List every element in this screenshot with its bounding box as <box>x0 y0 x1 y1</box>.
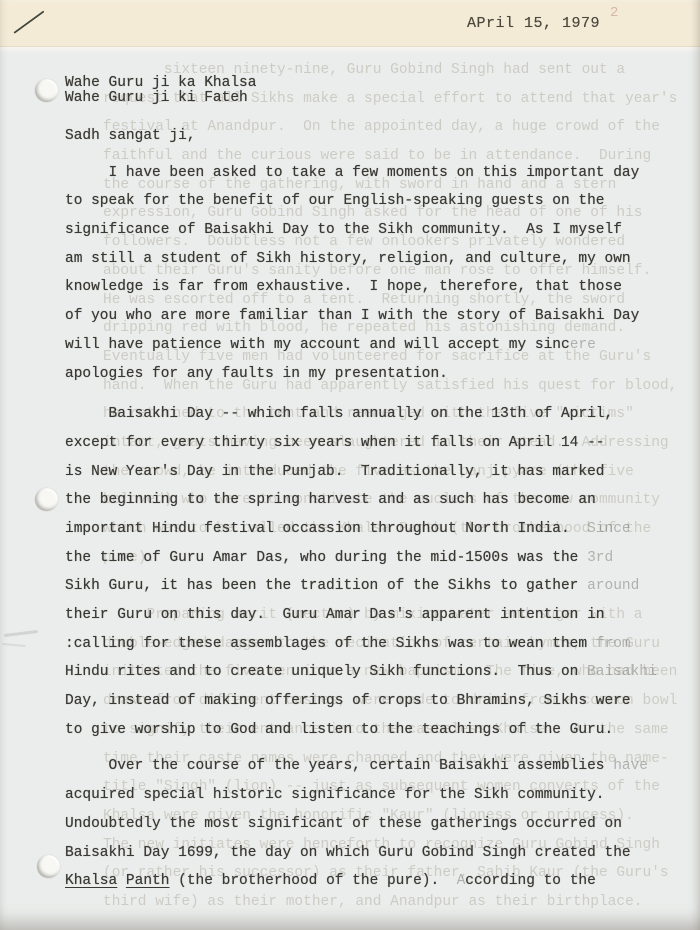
typed-segment: will have patience with my account and w… <box>65 337 570 353</box>
typed-segment: Sikh Guru, it has been the tradition of … <box>65 578 587 594</box>
faded-type: have <box>613 758 648 774</box>
typed-line: Baisakhi Day 1699, the day on which Guru… <box>65 839 680 868</box>
typed-line: :calling for these assemblages of the Si… <box>65 630 680 659</box>
typed-line: will have patience with my account and w… <box>65 331 680 360</box>
typed-segment: (the brotherhood of the pure). <box>169 873 456 889</box>
paragraph: I have been asked to take a few moments … <box>65 159 680 389</box>
faded-type: from <box>596 636 631 652</box>
page-top-edge <box>0 47 700 54</box>
typed-line: their Guru on this day. Guru Amar Das's … <box>65 601 680 630</box>
typed-segment: Hindu rites and to create uniquely Sikh … <box>65 664 587 680</box>
pen-checkmark-icon <box>13 10 44 33</box>
typed-line: to give worship to God and listen to the… <box>65 716 680 745</box>
typed-segment: important Hindu festival occassion throu… <box>65 521 587 537</box>
typed-text: Wahe Guru ji ka KhalsaWahe Guru ji ki Fa… <box>65 76 680 896</box>
faded-type: Since <box>587 521 631 537</box>
typed-line: important Hindu festival occassion throu… <box>65 515 680 544</box>
faded-type: Baisakhi <box>587 664 657 680</box>
faded-type: A <box>457 873 466 889</box>
typed-line: the beginning to the spring harvest and … <box>65 486 680 515</box>
typed-line: Baisakhi Day -- which falls annually on … <box>65 400 680 429</box>
typed-line: except for every thirty six years when i… <box>65 429 680 458</box>
typed-line: am still a student of Sikh history, reli… <box>65 245 680 274</box>
typed-line: significance of Baisakhi Day to the Sikh… <box>65 216 680 245</box>
faded-type: ere <box>570 337 596 353</box>
date-stamp: APril 15, 1979 <box>467 15 600 32</box>
typed-segment: the time of Guru Amar Das, who during th… <box>65 550 587 566</box>
typed-line: acquired special historic significance f… <box>65 781 680 810</box>
underlying-sheet-edge: 2 APril 15, 1979 <box>0 0 700 47</box>
typed-line: Hindu rites and to create uniquely Sikh … <box>65 658 680 687</box>
faded-type: 3rd <box>587 550 613 566</box>
underlined-term: Panth <box>126 873 170 889</box>
underlined-term: Khalsa <box>65 873 117 889</box>
typed-segment: :calling for these assemblages of the Si… <box>65 636 596 652</box>
paragraph: Baisakhi Day -- which falls annually on … <box>65 400 680 744</box>
punch-hole <box>35 488 58 511</box>
typed-line: apologies for any faults in my presentat… <box>65 360 680 389</box>
ghost-page-number: 2 <box>610 5 618 21</box>
faded-type: around <box>587 578 639 594</box>
typed-line: is New Year's Day in the Punjab. Traditi… <box>65 458 680 487</box>
typed-line: Sikh Guru, it has been the tradition of … <box>65 572 680 601</box>
typed-line: Khalsa Panth (the brotherhood of the pur… <box>65 867 680 896</box>
salutation: Wahe Guru ji ka KhalsaWahe Guru ji ki Fa… <box>65 76 680 105</box>
punch-hole <box>35 79 58 102</box>
typed-line: Day, instead of making offerings of crop… <box>65 687 680 716</box>
paragraphs: I have been asked to take a few moments … <box>65 159 680 896</box>
greeting: Sadh sangat ji, <box>65 122 680 151</box>
typed-segment <box>117 873 126 889</box>
typed-line: knowledge is far from exhaustive. I hope… <box>65 273 680 302</box>
typed-line: the time of Guru Amar Das, who during th… <box>65 544 680 573</box>
typed-line: Wahe Guru ji ka Khalsa <box>65 76 680 91</box>
typed-line: of you who are more familiar than I with… <box>65 302 680 331</box>
typed-line: Wahe Guru ji ki Fateh <box>65 91 680 106</box>
punch-hole <box>37 855 60 878</box>
typed-segment: Over the course of the years, certain Ba… <box>65 758 613 774</box>
scanned-document-page: 2 APril 15, 1979 sixteen ninety-nine, Gu… <box>0 0 700 930</box>
typed-line: I have been asked to take a few moments … <box>65 159 680 188</box>
typed-line: Undoubtedly the most significant of thes… <box>65 810 680 839</box>
typed-segment: ccording to the <box>465 873 596 889</box>
typed-line: Over the course of the years, certain Ba… <box>65 752 680 781</box>
paragraph: Over the course of the years, certain Ba… <box>65 752 680 895</box>
pencil-smudge <box>2 643 26 647</box>
typed-line: to speak for the benefit of our English-… <box>65 187 680 216</box>
pencil-smudge <box>4 630 38 637</box>
